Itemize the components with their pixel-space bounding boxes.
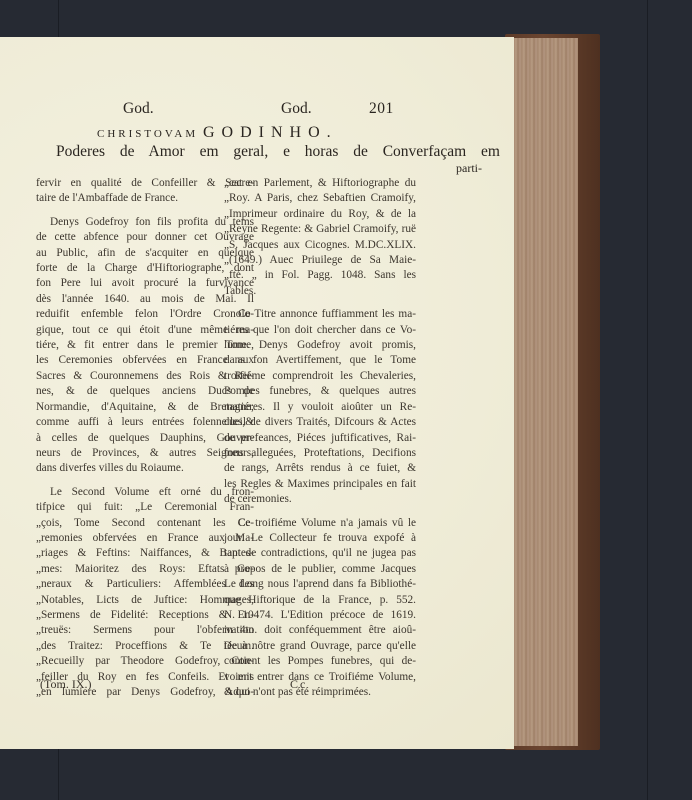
- running-head: God. God. 201: [0, 100, 514, 122]
- left-column: fervir en qualité de Confeiller & Secre-…: [36, 176, 254, 700]
- right-para-1: „cat en Parlement, & Hiftoriographe du „…: [224, 176, 416, 299]
- left-para-2: Denys Godefroy fon fils profita du tems …: [36, 215, 254, 477]
- right-column: „cat en Parlement, & Hiftoriographe du „…: [224, 176, 416, 700]
- author-last-name: GODINHO.: [203, 124, 338, 141]
- signature-mark: Cc: [290, 677, 307, 692]
- page-number: 201: [369, 100, 394, 118]
- right-para-2: Ce Titre annonce fuffiamment les ma- tié…: [224, 307, 416, 507]
- right-para-3: Ce troifiéme Volume n'a jamais vû le jou…: [224, 516, 416, 701]
- running-head-left: God.: [123, 100, 154, 118]
- author-first-name: Christovam: [97, 128, 198, 140]
- volume-footer: (Tom. IX.): [40, 677, 91, 692]
- work-title: Poderes de Amor em geral, e horas de Con…: [56, 143, 500, 161]
- left-para-1: fervir en qualité de Confeiller & Secre-…: [36, 176, 254, 207]
- author-heading: Christovam GODINHO.: [97, 124, 338, 142]
- book-fore-edge: [514, 38, 578, 746]
- catchword: parti-: [456, 161, 482, 176]
- left-para-3: Le Second Volume eft orné du fron- tifpi…: [36, 485, 254, 701]
- running-head-center: God.: [281, 100, 312, 118]
- background-stripe: [647, 0, 648, 800]
